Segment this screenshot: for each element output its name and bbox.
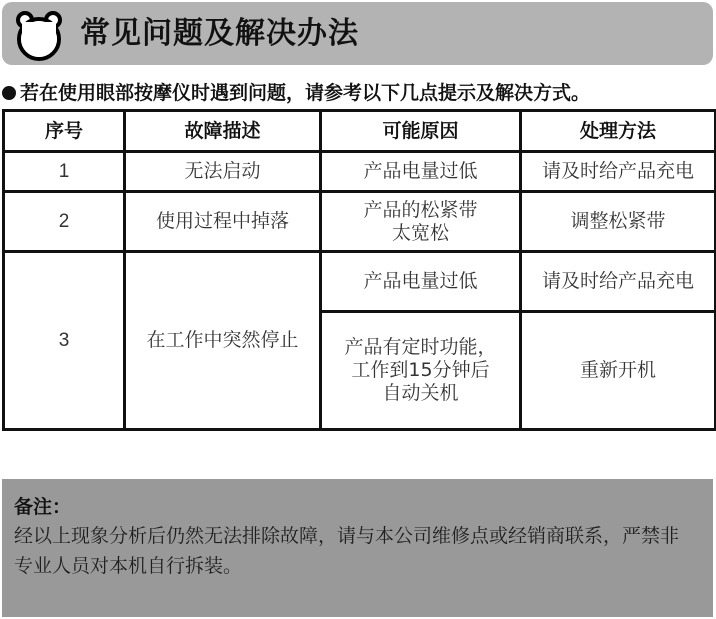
row-solution: 重新开机 xyxy=(521,312,716,430)
row-no: 3 xyxy=(4,252,125,430)
row-no: 2 xyxy=(4,192,125,252)
header-bar: 常见问题及解决办法 xyxy=(2,2,713,65)
faq-table: 序号 故障描述 可能原因 处理方法 1 无法启动 产品电量过低 请及时给产品充电… xyxy=(2,109,716,431)
cause-line: 产品的松紧带 xyxy=(326,199,515,222)
bullet-icon xyxy=(2,86,16,100)
header-cause: 可能原因 xyxy=(321,111,521,152)
cause-line: 自动关机 xyxy=(326,382,515,405)
cause-line: 工作到15分钟后 xyxy=(326,359,515,382)
row-fault: 在工作中突然停止 xyxy=(125,252,321,430)
row-cause: 产品的松紧带 太宽松 xyxy=(321,192,521,252)
row-solution: 调整松紧带 xyxy=(521,192,716,252)
page-title: 常见问题及解决办法 xyxy=(80,12,359,56)
row-fault: 使用过程中掉落 xyxy=(125,192,321,252)
cause-line: 太宽松 xyxy=(326,222,515,245)
intro-label: 若在使用眼部按摩仪时遇到问题，请参考以下几点提示及解决方式。 xyxy=(20,82,590,104)
row-cause: 产品电量过低 xyxy=(321,252,521,312)
table-row: 1 无法启动 产品电量过低 请及时给产品充电 xyxy=(4,152,716,192)
table-header-row: 序号 故障描述 可能原因 处理方法 xyxy=(4,111,716,152)
header-fault: 故障描述 xyxy=(125,111,321,152)
row-cause: 产品电量过低 xyxy=(321,152,521,192)
cause-line: 产品有定时功能， xyxy=(326,336,515,359)
table-row: 3 在工作中突然停止 产品电量过低 请及时给产品充电 xyxy=(4,252,716,312)
row-solution: 请及时给产品充电 xyxy=(521,252,716,312)
row-cause: 产品有定时功能， 工作到15分钟后 自动关机 xyxy=(321,312,521,430)
row-fault: 无法启动 xyxy=(125,152,321,192)
row-solution: 请及时给产品充电 xyxy=(521,152,716,192)
intro-text: 若在使用眼部按摩仪时遇到问题，请参考以下几点提示及解决方式。 xyxy=(2,80,716,106)
note-text: 经以上现象分析后仍然无法排除故障，请与本公司维修点或经销商联系，严禁非专业人员对… xyxy=(14,521,694,581)
row-no: 1 xyxy=(4,152,125,192)
bear-head-icon xyxy=(14,8,64,62)
header-no: 序号 xyxy=(4,111,125,152)
header-solution: 处理方法 xyxy=(521,111,716,152)
note-box: 备注： 经以上现象分析后仍然无法排除故障，请与本公司维修点或经销商联系，严禁非专… xyxy=(2,479,713,617)
table-row: 2 使用过程中掉落 产品的松紧带 太宽松 调整松紧带 xyxy=(4,192,716,252)
note-title: 备注： xyxy=(14,493,713,521)
